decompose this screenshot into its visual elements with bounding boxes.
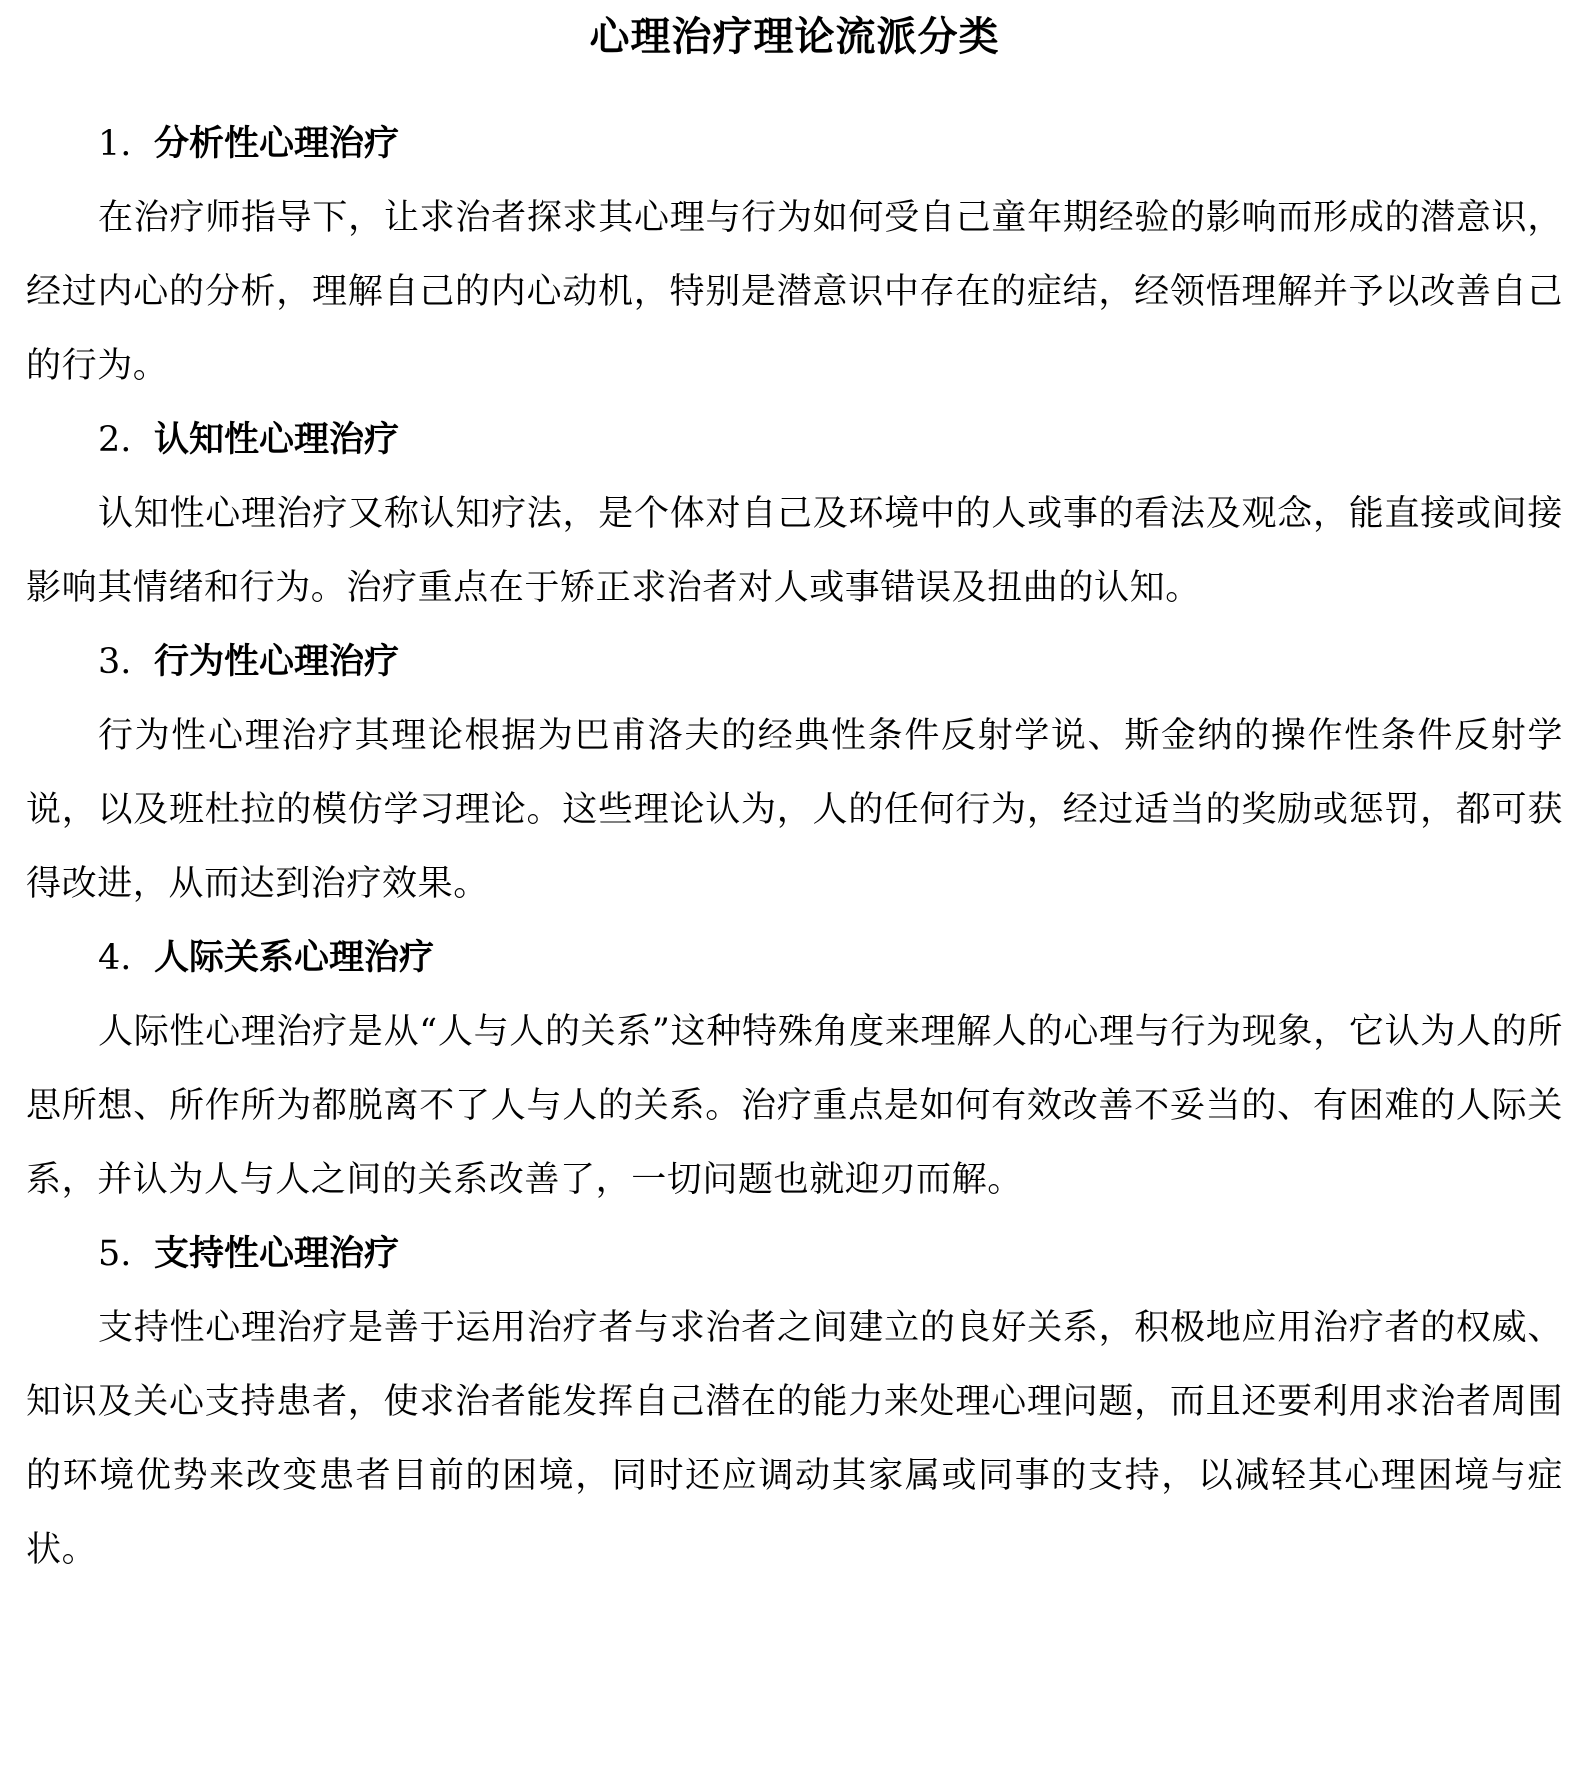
section-heading: 1.分析性心理治疗 xyxy=(26,107,1563,181)
section-heading: 4.人际关系心理治疗 xyxy=(26,921,1563,995)
document-title: 心理治疗理论流派分类 xyxy=(26,0,1563,67)
section-body: 支持性心理治疗是善于运用治疗者与求治者之间建立的良好关系，积极地应用治疗者的权威… xyxy=(26,1291,1563,1587)
section-body: 行为性心理治疗其理论根据为巴甫洛夫的经典性条件反射学说、斯金纳的操作性条件反射学… xyxy=(26,699,1563,921)
section-heading: 3.行为性心理治疗 xyxy=(26,625,1563,699)
section-number: 1. xyxy=(98,107,154,181)
section-number: 2. xyxy=(98,403,154,477)
section-heading-text: 分析性心理治疗 xyxy=(154,123,399,164)
section-number: 4. xyxy=(98,921,154,995)
section-heading-text: 人际关系心理治疗 xyxy=(154,937,434,978)
section-number: 5. xyxy=(98,1217,154,1291)
section-heading: 5.支持性心理治疗 xyxy=(26,1217,1563,1291)
section-behavioral: 3.行为性心理治疗 行为性心理治疗其理论根据为巴甫洛夫的经典性条件反射学说、斯金… xyxy=(26,625,1563,921)
section-body: 在治疗师指导下，让求治者探求其心理与行为如何受自己童年期经验的影响而形成的潜意识… xyxy=(26,181,1563,403)
section-number: 3. xyxy=(98,625,154,699)
document-page: 心理治疗理论流派分类 1.分析性心理治疗 在治疗师指导下，让求治者探求其心理与行… xyxy=(0,0,1587,1767)
section-analytic: 1.分析性心理治疗 在治疗师指导下，让求治者探求其心理与行为如何受自己童年期经验… xyxy=(26,107,1563,403)
section-heading-text: 认知性心理治疗 xyxy=(154,419,399,460)
section-body: 认知性心理治疗又称认知疗法，是个体对自己及环境中的人或事的看法及观念，能直接或间… xyxy=(26,477,1563,625)
section-body: 人际性心理治疗是从“人与人的关系”这种特殊角度来理解人的心理与行为现象，它认为人… xyxy=(26,995,1563,1217)
section-interpersonal: 4.人际关系心理治疗 人际性心理治疗是从“人与人的关系”这种特殊角度来理解人的心… xyxy=(26,921,1563,1217)
section-cognitive: 2.认知性心理治疗 认知性心理治疗又称认知疗法，是个体对自己及环境中的人或事的看… xyxy=(26,403,1563,625)
section-supportive: 5.支持性心理治疗 支持性心理治疗是善于运用治疗者与求治者之间建立的良好关系，积… xyxy=(26,1217,1563,1587)
section-heading-text: 行为性心理治疗 xyxy=(154,641,399,682)
section-heading-text: 支持性心理治疗 xyxy=(154,1233,399,1274)
section-heading: 2.认知性心理治疗 xyxy=(26,403,1563,477)
